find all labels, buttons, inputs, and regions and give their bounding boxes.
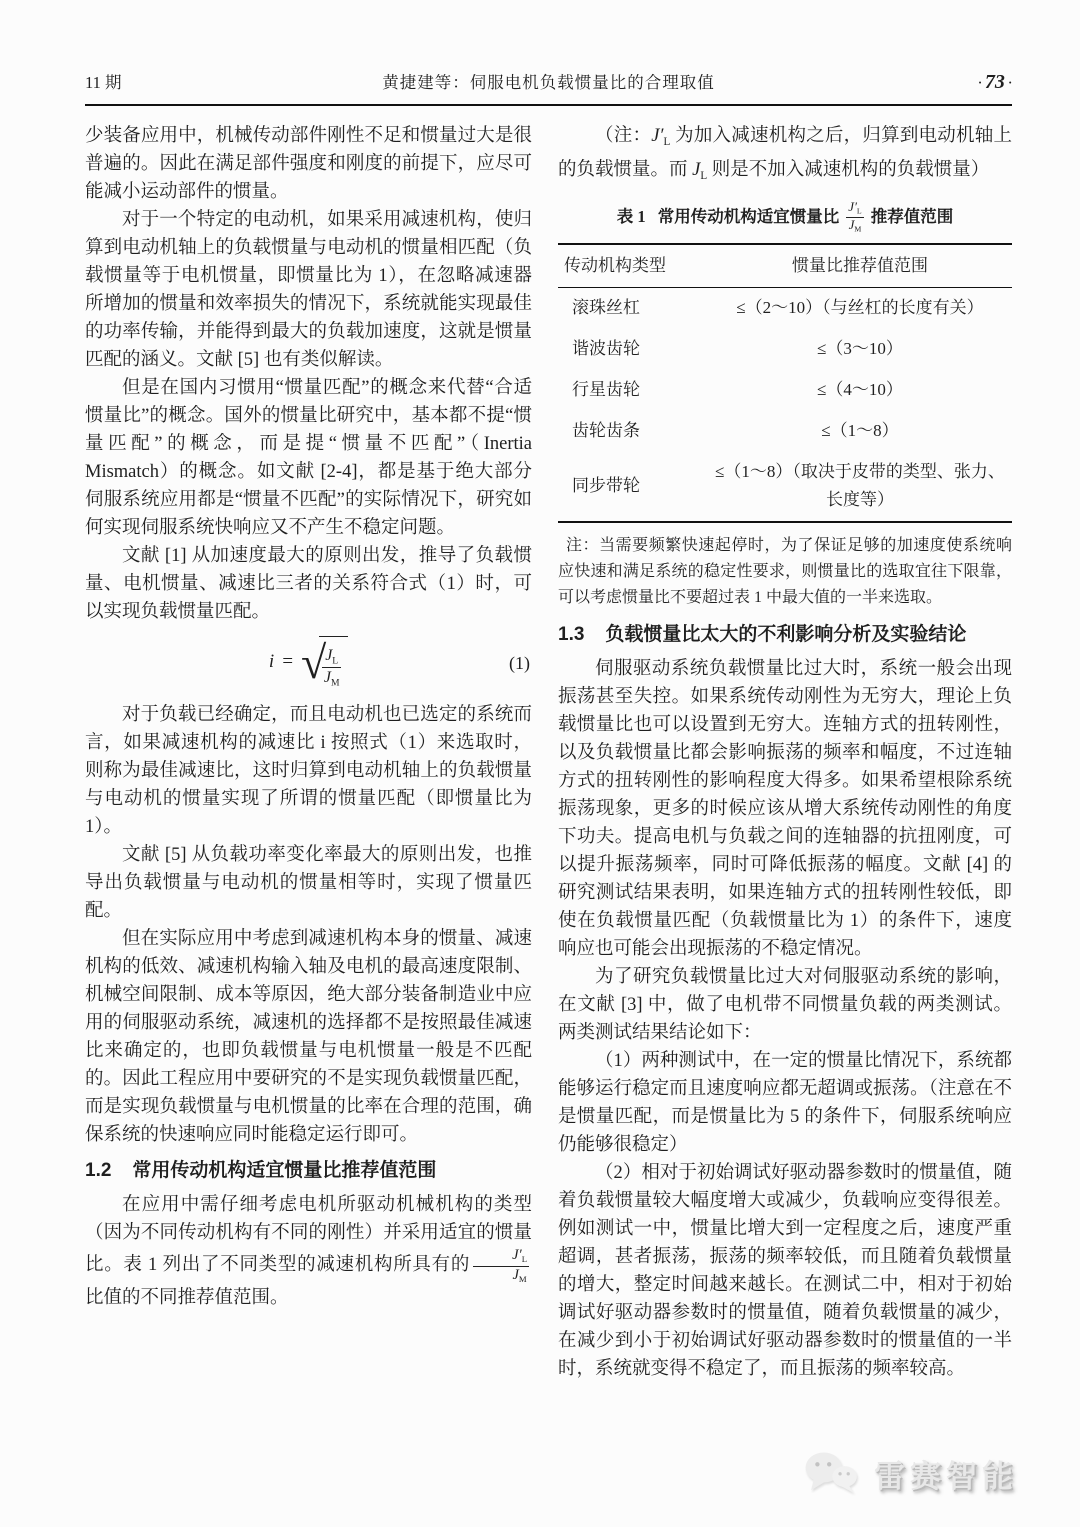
square-root: √ JL JM [301,636,348,689]
paragraph: 对于一个特定的电动机，如果采用减速机构，使归算到电动机轴上的负载惯量与电动机的惯… [85,206,532,374]
formula-variable: i [269,648,274,676]
paragraph: 为了研究负载惯量比过大对伺服驱动系统的影响，在文献 [3] 中，做了电机带不同惯… [558,963,1012,1047]
equation-1: i = √ JL JM (1) [85,626,532,701]
page-header: 11 期 黄捷建等：伺服电机负载惯量比的合理取值 ·73· [85,68,1012,97]
equation-number: (1) [509,649,530,677]
note-paragraph: （注：J′L 为加入减速机构之后，归算到电动机轴上的负载惯量。而 JL 则是不加… [558,122,1012,190]
table-row: 行星齿轮≤（4～10） [558,370,1012,411]
inline-fraction: J′LJM [846,200,863,235]
column-header: 惯量比推荐值范围 [708,244,1012,288]
paragraph: 但在实际应用中考虑到减速机构本身的惯量、减速机构的低效、减速机构输入轴及电机的最… [85,925,532,1149]
running-title: 黄捷建等：伺服电机负载惯量比的合理取值 [245,69,852,97]
paragraph: （1）两种测试中，在一定的惯量比情况下，系统都能够运行稳定而且速度响应都无超调或… [558,1047,1012,1159]
left-column: 少装备应用中，机械传动部件刚性不足和惯量过大是很普遍的。因此在满足部件强度和刚度… [85,122,532,1383]
table-title: 表 1 常用传动机构适宜惯量比J′LJM推荐值范围 [558,200,1012,235]
section-heading-1-2: 1.2常用传动机构适宜惯量比推荐值范围 [85,1157,532,1185]
table-footnote: 注：当需要频繁快速起停时，为了保证足够的加速度使系统响应快速和满足系统的稳定性要… [558,533,1012,611]
paragraph: 文献 [1] 从加速度最大的原则出发，推导了负载惯量、电机惯量、减速比三者的关系… [85,542,532,626]
radical-sign: √ [301,642,326,684]
paragraph-with-fraction: 在应用中需仔细考虑电机所驱动机械机构的类型（因为不同传动机构有不同的刚性）并采用… [85,1191,532,1313]
column-header: 传动机构类型 [558,244,708,288]
paragraph: （2）相对于初始调试好驱动器参数时的惯量值，随着负载惯量较大幅度增大或减少，负载… [558,1159,1012,1383]
wechat-icon [802,1448,860,1505]
table-row: 齿轮齿条≤（1～8） [558,411,1012,452]
page-number: ·73· [852,68,1012,97]
paragraph: 但是在国内习惯用“惯量匹配”的概念来代替“合适惯量比”的概念。国外的惯量比研究中… [85,374,532,542]
paragraph: 对于负载已经确定，而且电动机也已选定的系统而言，如果减速机构的减速比 i 按照式… [85,701,532,841]
journal-issue: 11 期 [85,69,245,97]
section-heading-1-3: 1.3负载惯量比太大的不利影响分析及实验结论 [558,621,1012,649]
table-header-row: 传动机构类型 惯量比推荐值范围 [558,244,1012,288]
paragraph: 文献 [5] 从负载功率变化率最大的原则出发，也推导出负载惯量与电动机的惯量相等… [85,841,532,925]
right-column: （注：J′L 为加入减速机构之后，归算到电动机轴上的负载惯量。而 JL 则是不加… [558,122,1012,1383]
header-rule [85,104,1012,106]
watermark-text: 雷赛智能 [874,1463,1018,1491]
table-row: 谐波齿轮≤（3～10） [558,329,1012,370]
paragraph: 伺服驱动系统负载惯量比过大时，系统一般会出现振荡甚至失控。如果系统传动刚性为无穷… [558,655,1012,963]
paragraph: 少装备应用中，机械传动部件刚性不足和惯量过大是很普遍的。因此在满足部件强度和刚度… [85,122,532,206]
equals-sign: = [281,648,294,676]
inline-fraction: J′LJM [473,1247,529,1285]
table-row: 滚珠丝杠≤（2～10）（与丝杠的长度有关） [558,287,1012,329]
two-column-body: 少装备应用中，机械传动部件刚性不足和惯量过大是很普遍的。因此在满足部件强度和刚度… [85,122,1012,1383]
table-1: 传动机构类型 惯量比推荐值范围 滚珠丝杠≤（2～10）（与丝杠的长度有关） 谐波… [558,243,1012,523]
paper-page: 11 期 黄捷建等：伺服电机负载惯量比的合理取值 ·73· 少装备应用中，机械传… [0,0,1080,1527]
table-row: 同步带轮≤（1～8）（取决于皮带的类型、张力、长度等） [558,452,1012,522]
formula: i = √ JL JM [269,636,348,689]
watermark: 雷赛智能 [802,1448,1018,1505]
